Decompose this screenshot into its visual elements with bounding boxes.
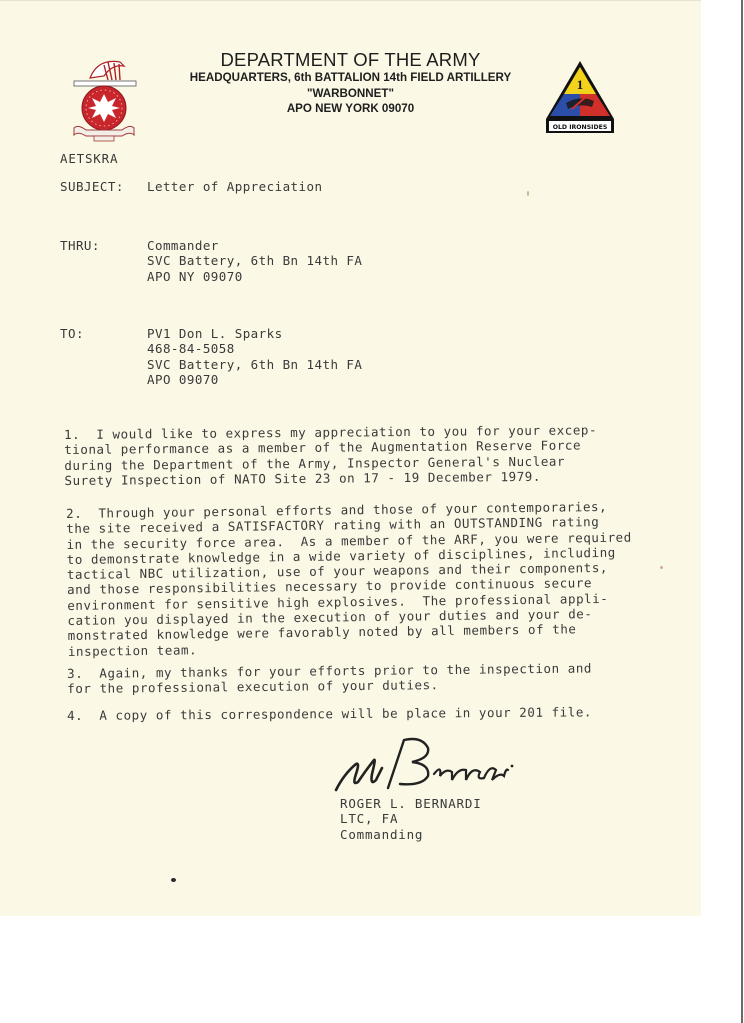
to-line: 468-84-5058: [147, 341, 362, 356]
handwritten-signature: R. L. Bernardi: [330, 734, 520, 804]
signer-title: Commanding: [340, 827, 482, 842]
subject-value: Letter of Appreciation: [147, 179, 322, 194]
signer-rank: LTC, FA: [340, 811, 482, 826]
thru-line: SVC Battery, 6th Bn 14th FA: [147, 253, 362, 268]
to-address: PV1 Don L. Sparks 468-84-5058 SVC Batter…: [147, 326, 362, 387]
to-line: APO 09070: [147, 372, 362, 387]
patch-label: OLD IRONSIDES: [553, 124, 608, 131]
old-ironsides-patch-icon: 1 OLD IRONSIDES: [544, 59, 616, 137]
office-symbol: AETSKRA: [60, 151, 118, 166]
to-label: TO:: [60, 326, 84, 341]
paper-speck: [171, 878, 176, 882]
thru-line: Commander: [147, 238, 362, 253]
paragraph-line: 4. A copy of this correspondence will be…: [67, 704, 592, 723]
paragraph-3: 3. Again, my thanks for your efforts pri…: [67, 661, 592, 697]
paragraph-2: 2. Through your personal efforts and tho…: [66, 499, 633, 659]
paragraph-1: 1. I would like to express my appreciati…: [64, 422, 598, 488]
scan-edge-line: [741, 0, 743, 1023]
paper-speck: [527, 191, 529, 196]
paper-speck: [660, 566, 663, 569]
signer-name: ROGER L. BERNARDI: [340, 796, 482, 811]
subject-label: SUBJECT:: [60, 179, 124, 194]
signature-block: ROGER L. BERNARDI LTC, FA Commanding: [340, 796, 482, 842]
to-line: PV1 Don L. Sparks: [147, 326, 362, 341]
thru-line: APO NY 09070: [147, 269, 362, 284]
paragraph-4: 4. A copy of this correspondence will be…: [67, 704, 592, 723]
to-line: SVC Battery, 6th Bn 14th FA: [147, 357, 362, 372]
letter-page: DEPARTMENT OF THE ARMY HEADQUARTERS, 6th…: [0, 0, 701, 916]
thru-address: Commander SVC Battery, 6th Bn 14th FA AP…: [147, 238, 362, 284]
thru-label: THRU:: [60, 238, 100, 253]
patch-number: 1: [577, 77, 584, 92]
